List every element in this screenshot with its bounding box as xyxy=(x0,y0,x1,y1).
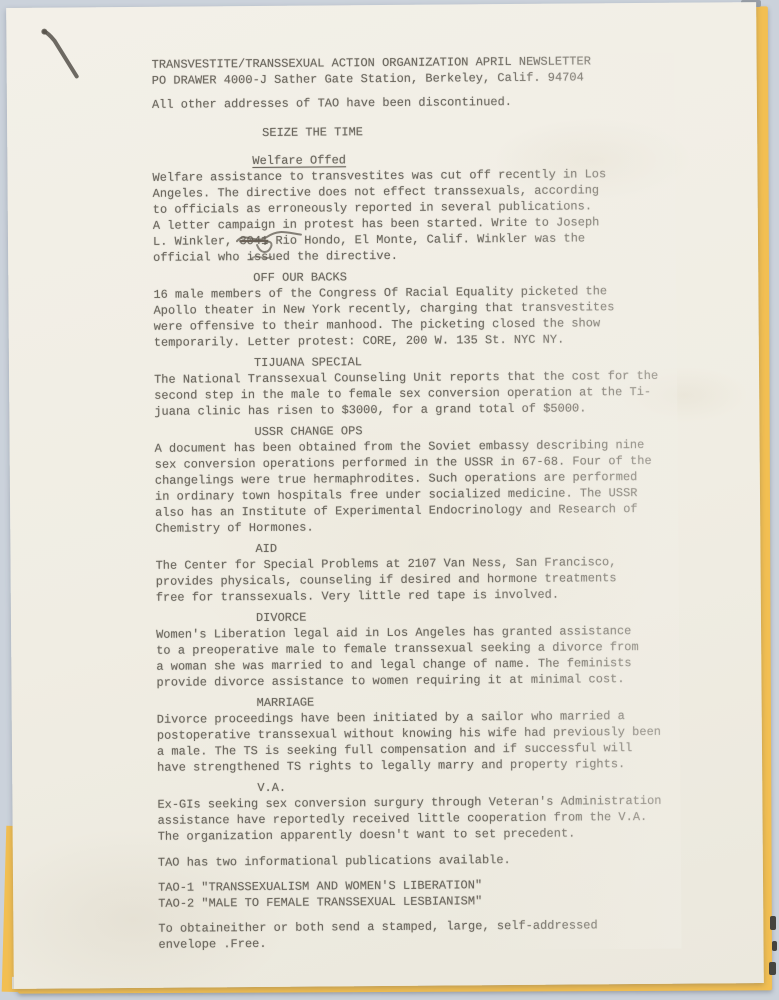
struck-address: 3041 xyxy=(239,234,268,248)
closing-note: To obtaineither or both send a stamped, … xyxy=(158,917,681,953)
newsletter-masthead: SEIZE THE TIME xyxy=(152,122,675,142)
article-body: 16 male members of the Congress Of Racia… xyxy=(153,283,676,351)
document-page: TRANSVESTITE/TRANSSEXUAL ACTION ORGANIZA… xyxy=(6,2,764,989)
paper-stack-edge-mark xyxy=(772,941,777,951)
article-body: The Center for Special Problems at 2107 … xyxy=(155,554,678,606)
article-va: V.A. Ex-GIs seeking sex conversion surgu… xyxy=(157,777,680,845)
typewritten-content: TRANSVESTITE/TRANSSEXUAL ACTION ORGANIZA… xyxy=(152,53,682,953)
article-off-our-backs: OFF OUR BACKS 16 male members of the Con… xyxy=(153,267,677,351)
article-body: The National Transsexual Counseling Unit… xyxy=(154,368,677,420)
article-body: Ex-GIs seeking sex conversion surgury th… xyxy=(157,793,680,845)
article-marriage: MARRIAGE Divorce proceedings have been i… xyxy=(157,692,681,776)
paper-stack-edge-mark xyxy=(769,962,776,975)
publications-intro: TAO has two informational publications a… xyxy=(158,851,681,871)
publication-item: TAO-2 "MALE TO FEMALE TRANSSEXUAL LESBIA… xyxy=(158,892,681,912)
publications-list: TAO-1 "TRANSSEXUALISM AND WOMEN'S LIBERA… xyxy=(158,876,681,912)
scanned-newsletter-photo: TRANSVESTITE/TRANSSEXUAL ACTION ORGANIZA… xyxy=(0,0,779,1000)
article-divorce: DIVORCE Women's Liberation legal aid in … xyxy=(156,607,680,691)
article-aid: AID The Center for Special Problems at 2… xyxy=(155,538,678,606)
article-body: Welfare assistance to transvestites was … xyxy=(152,166,676,266)
article-welfare-offed: Welfare Offed Welfare assistance to tran… xyxy=(152,150,676,266)
paper-stack-edge-mark xyxy=(770,916,776,930)
article-body: Divorce proceedings have been initiated … xyxy=(157,708,680,776)
article-tijuana-special: TIJUANA SPECIAL The National Transsexual… xyxy=(154,352,677,420)
article-body: Women's Liberation legal aid in Los Ange… xyxy=(156,623,679,691)
pen-check-mark-icon xyxy=(36,25,88,87)
article-ussr-change-ops: USSR CHANGE OPS A document has been obta… xyxy=(154,421,678,537)
address-line: PO DRAWER 4000-J Sather Gate Station, Be… xyxy=(152,69,675,89)
article-body: A document has been obtained from the So… xyxy=(155,437,679,537)
discontinued-notice: All other addresses of TAO have been dis… xyxy=(152,93,675,113)
